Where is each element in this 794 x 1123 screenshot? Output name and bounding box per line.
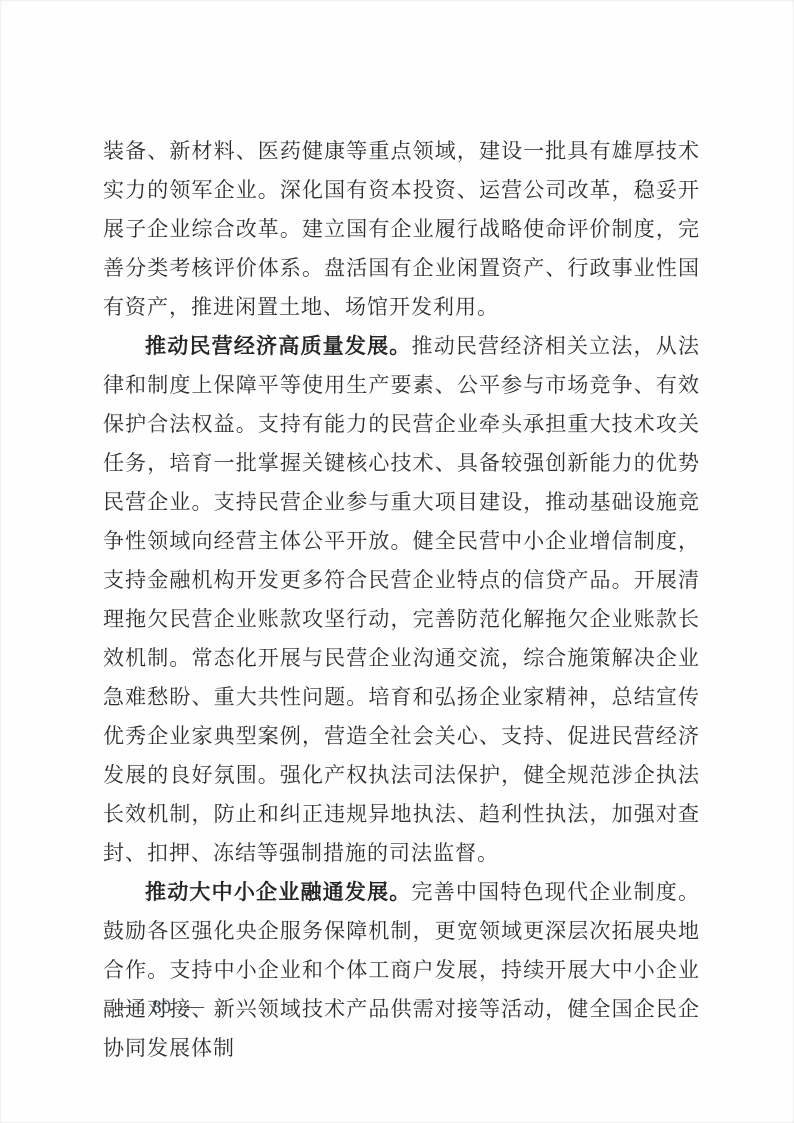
- paragraph-enterprise-integration-lead: 推动大中小企业融通发展。: [145, 880, 412, 904]
- paragraph-continuation: 装备、新材料、医药健康等重点领域，建设一批具有雄厚技术实力的领军企业。深化国有资…: [103, 132, 700, 327]
- document-page: 装备、新材料、医药健康等重点领域，建设一批具有雄厚技术实力的领军企业。深化国有资…: [0, 0, 794, 1123]
- footer-left-dash: —: [119, 995, 139, 1018]
- paragraph-private-economy-lead: 推动民营经济高质量发展。: [145, 334, 412, 358]
- paragraph-private-economy: 推动民营经济高质量发展。推动民营经济相关立法，从法律和制度上保障平等使用生产要素…: [103, 327, 700, 873]
- page-number: 80: [152, 997, 171, 1019]
- document-body: 装备、新材料、医药健康等重点领域，建设一批具有雄厚技术实力的领军企业。深化国有资…: [103, 132, 700, 1068]
- paragraph-enterprise-integration-text: 完善中国特色现代企业制度。鼓励各区强化央企服务保障机制，更宽领域更深层次拓展央地…: [103, 880, 700, 1060]
- paragraph-continuation-text: 装备、新材料、医药健康等重点领域，建设一批具有雄厚技术实力的领军企业。深化国有资…: [103, 139, 700, 319]
- paragraph-private-economy-text: 推动民营经济相关立法，从法律和制度上保障平等使用生产要素、公平参与市场竞争、有效…: [103, 334, 700, 865]
- paragraph-enterprise-integration: 推动大中小企业融通发展。完善中国特色现代企业制度。鼓励各区强化央企服务保障机制，…: [103, 873, 700, 1068]
- page-footer: — 80 —: [119, 996, 204, 1019]
- footer-right-dash: —: [184, 995, 204, 1018]
